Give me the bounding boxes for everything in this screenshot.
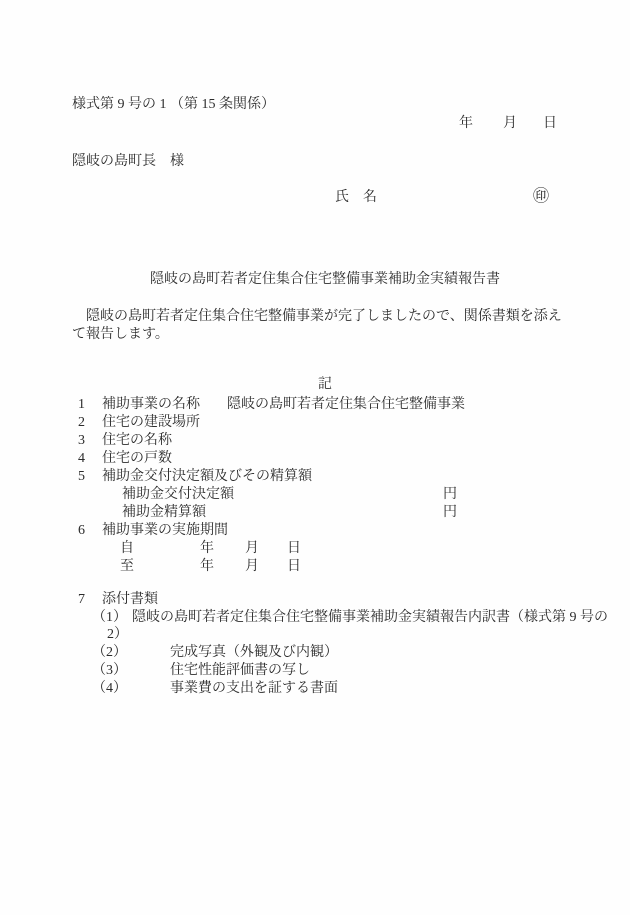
- attachment-number: （1）: [92, 609, 127, 627]
- item-label: 補助事業の名称: [102, 396, 200, 414]
- page-title: 隠岐の島町若者定住集合住宅整備事業補助金実績報告書: [72, 271, 578, 289]
- name-line: 氏 名 ㊞: [0, 189, 630, 207]
- period-to-line: 至 年 月 日: [0, 558, 630, 576]
- item-number: 4: [78, 450, 85, 468]
- section-marker-ki: 記: [72, 376, 578, 394]
- date-year-label: 年: [459, 115, 473, 133]
- item-number: 5: [78, 468, 85, 486]
- item-label: 住宅の建設場所: [102, 414, 200, 432]
- item-row-house-name: 3 住宅の名称: [0, 432, 630, 450]
- section-marker-line: 記: [0, 358, 630, 376]
- body-text-1: 隠岐の島町若者定住集合住宅整備事業が完了しましたので、関係書類を添え: [72, 308, 562, 326]
- item-number: 7: [78, 591, 85, 609]
- attachment-row-3: （3） 住宅性能評価書の写し: [0, 662, 630, 680]
- attachment-row-1-wrap: 2）: [0, 626, 630, 644]
- body-text-2: て報告します。: [72, 326, 169, 344]
- attachment-number: （2）: [92, 644, 127, 662]
- item-label: 住宅の戸数: [102, 450, 172, 468]
- attachment-row-2: （2） 完成写真（外観及び内観）: [0, 644, 630, 662]
- date-day-label: 日: [543, 115, 557, 133]
- period-month-label: 月: [245, 540, 259, 558]
- title-line: 隠岐の島町若者定住集合住宅整備事業補助金実績報告書: [0, 253, 630, 271]
- date-line: 年 月 日: [0, 115, 630, 133]
- period-month-label: 月: [245, 558, 259, 576]
- attachment-text-continued: 2）: [107, 626, 128, 644]
- attachment-row-4: （4） 事業費の支出を証する書面: [0, 680, 630, 698]
- item-row-amount-decided: 補助金交付決定額 円: [0, 486, 630, 504]
- currency-unit-label: 円: [443, 504, 457, 522]
- currency-unit-label: 円: [443, 486, 457, 504]
- period-to-label: 至: [120, 558, 134, 576]
- item-row-project-name: 1 補助事業の名称 隠岐の島町若者定住集合住宅整備事業: [0, 396, 630, 414]
- attachment-number: （3）: [92, 662, 127, 680]
- item-label: 添付書類: [102, 591, 158, 609]
- period-from-line: 自 年 月 日: [0, 540, 630, 558]
- attachment-text: 事業費の支出を証する書面: [170, 680, 338, 698]
- item-number: 6: [78, 522, 85, 540]
- item-row-period: 6 補助事業の実施期間: [0, 522, 630, 540]
- addressee: 隠岐の島町長 様: [72, 153, 184, 171]
- attachment-row-1: （1） 隠岐の島町若者定住集合住宅整備事業補助金実績報告内訳書（様式第 9 号の: [0, 609, 630, 627]
- seal-icon: ㊞: [533, 188, 549, 206]
- item-label: 補助事業の実施期間: [102, 522, 228, 540]
- attachment-text: 住宅性能評価書の写し: [170, 662, 310, 680]
- period-year-label: 年: [200, 540, 214, 558]
- date-month-label: 月: [503, 115, 517, 133]
- item-row-attachments: 7 添付書類: [0, 591, 630, 609]
- attachment-text: 隠岐の島町若者定住集合住宅整備事業補助金実績報告内訳書（様式第 9 号の: [132, 609, 608, 627]
- item-row-units: 4 住宅の戸数: [0, 450, 630, 468]
- document-page: 様式第 9 号の 1 （第 15 条関係） 年 月 日 隠岐の島町長 様 氏 名…: [0, 0, 630, 915]
- item-number: 1: [78, 396, 85, 414]
- body-line-2: て報告します。: [0, 326, 630, 344]
- item-row-amount-settled: 補助金精算額 円: [0, 504, 630, 522]
- sub-item-label: 補助金精算額: [122, 504, 206, 522]
- form-number-line: 様式第 9 号の 1 （第 15 条関係）: [0, 96, 630, 114]
- sub-item-label: 補助金交付決定額: [122, 486, 234, 504]
- item-label: 補助金交付決定額及びその精算額: [102, 468, 312, 486]
- name-label: 氏 名: [335, 189, 377, 207]
- item-row-site: 2 住宅の建設場所: [0, 414, 630, 432]
- item-number: 2: [78, 414, 85, 432]
- item-number: 3: [78, 432, 85, 450]
- addressee-line: 隠岐の島町長 様: [0, 153, 630, 171]
- item-row-amounts: 5 補助金交付決定額及びその精算額: [0, 468, 630, 486]
- period-from-label: 自: [120, 540, 134, 558]
- body-line-1: 隠岐の島町若者定住集合住宅整備事業が完了しましたので、関係書類を添え: [0, 308, 630, 326]
- item-label: 住宅の名称: [102, 432, 172, 450]
- period-day-label: 日: [287, 558, 301, 576]
- attachment-number: （4）: [92, 680, 127, 698]
- form-number: 様式第 9 号の 1 （第 15 条関係）: [72, 96, 275, 114]
- period-day-label: 日: [287, 540, 301, 558]
- item-value: 隠岐の島町若者定住集合住宅整備事業: [227, 396, 465, 414]
- period-year-label: 年: [200, 558, 214, 576]
- attachment-text: 完成写真（外観及び内観）: [170, 644, 338, 662]
